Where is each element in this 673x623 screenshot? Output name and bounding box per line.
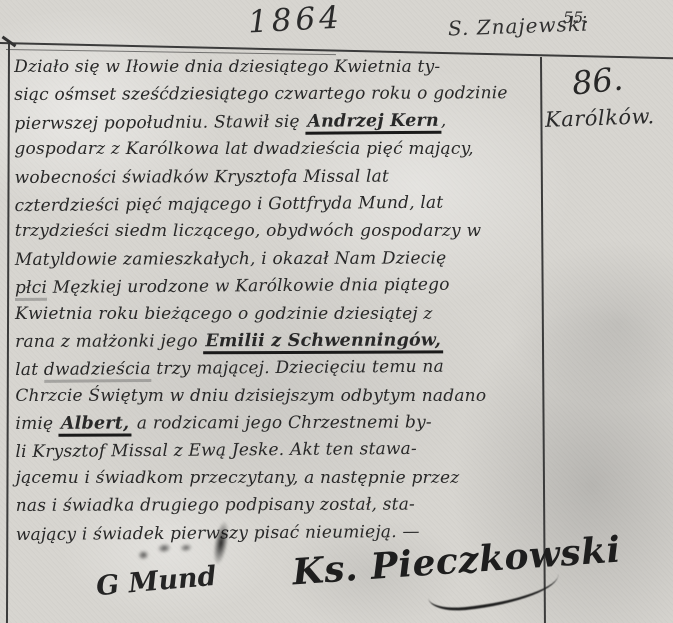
record-line: jącemu i świadkom przeczytany, a następn…: [16, 468, 540, 495]
table-left-rule: [6, 44, 10, 623]
page-number: 55.: [563, 8, 588, 27]
record-text: gospodarz z Karólkowa lat dwadzieścia pi…: [14, 139, 473, 159]
record-line: Działo się w Iłowie dnia dziesiątego Kwi…: [14, 57, 538, 84]
record-text: li Krysztof Missal z Ewą Jeske. Akt ten …: [15, 439, 417, 462]
witness-signature: G Mund: [95, 561, 218, 602]
record-line: wobecności świadków Krysztofa Missal lat: [15, 166, 539, 195]
record-line: trzydzieści siedm liczącego, obydwóch go…: [15, 221, 539, 248]
name-emilii-schwenning: Emilii z Schwenningów,: [203, 330, 443, 354]
record-line: siąc ośmset sześćdziesiątego czwartego r…: [14, 83, 538, 112]
record-line: li Krysztof Missal z Ewą Jeske. Akt ten …: [15, 438, 539, 470]
record-text: Męzkiej urodzone w Karólkowie dnia piąte…: [47, 275, 450, 298]
record-text: trzydzieści siedm liczącego, obydwóch go…: [15, 221, 481, 241]
record-text: imię: [15, 414, 59, 434]
record-body: Działo się w Iłowie dnia dziesiątego Kwi…: [14, 56, 540, 551]
record-line: Matyldowie zamieszkałych, i okazał Nam D…: [15, 248, 539, 277]
record-text: lat: [15, 360, 44, 380]
record-text: jącemu i świadkom przeczytany, a następn…: [16, 468, 460, 488]
record-line: płci Męzkiej urodzone w Karólkowie dnia …: [15, 274, 539, 306]
underline-plci: płci: [15, 278, 47, 301]
record-place: Karólków.: [545, 104, 655, 132]
record-line: lat dwadzieścia trzy mającej. Dziecięciu…: [15, 356, 539, 388]
year-heading: 1864: [247, 0, 344, 40]
record-text: ,: [441, 110, 447, 130]
record-text: Kwietnia roku bieżącego o godzinie dzies…: [15, 304, 433, 324]
record-text: pierwszej popołudniu. Stawił się: [14, 112, 305, 134]
name-albert: Albert,: [59, 414, 131, 437]
record-number: 86.: [570, 59, 625, 102]
record-text: trzy mającej. Dziecięciu temu na: [151, 357, 444, 379]
register-page-scan: 1864 S. Znajewski 55. 86. Karólków. Dzia…: [0, 0, 673, 623]
record-line: nas i świadka drugiego podpisany został,…: [16, 494, 540, 523]
record-line: imię Albert, a rodzicami jego Chrzestnem…: [15, 412, 539, 441]
record-text: a rodzicami jego Chrzestnemi by-: [131, 413, 432, 434]
record-line: Chrzcie Świętym w dniu dzisiejszym odbyt…: [15, 386, 539, 413]
record-text: wobecności świadków Krysztofa Missal lat: [15, 166, 389, 187]
record-text: rana z małżonki jego: [15, 331, 203, 352]
record-text: Chrzcie Świętym w dniu dzisiejszym odbyt…: [15, 386, 486, 406]
record-line: pierwszej popołudniu. Stawił się Andrzej…: [14, 110, 538, 142]
record-line: gospodarz z Karólkowa lat dwadzieścia pi…: [14, 139, 538, 166]
record-text: siąc ośmset sześćdziesiątego czwartego r…: [14, 84, 507, 106]
record-text: Matyldowie zamieszkałych, i okazał Nam D…: [15, 248, 447, 270]
name-andrzej-kern: Andrzej Kern: [305, 110, 441, 134]
record-line: czterdzieści pięć mającego i Gottfryda M…: [15, 192, 539, 224]
record-line: rana z małżonki jego Emilii z Schwenning…: [15, 330, 539, 359]
record-text: czterdzieści pięć mającego i Gottfryda M…: [15, 193, 444, 216]
underline-dwadziescia: dwadzieścia: [44, 359, 151, 383]
record-text: Działo się w Iłowie dnia dziesiątego Kwi…: [14, 57, 440, 77]
record-line: Kwietnia roku bieżącego o godzinie dzies…: [15, 304, 539, 331]
